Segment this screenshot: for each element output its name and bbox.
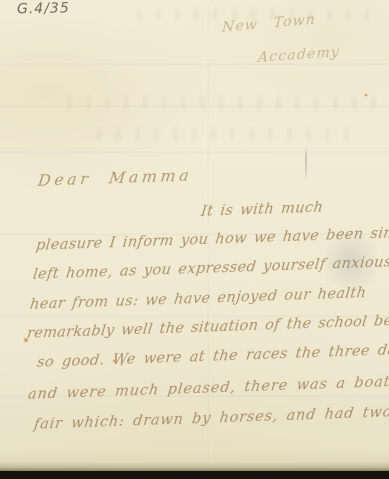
letter-scan: G.4/35 New Town Accademy Dear Mamma It i… bbox=[0, 0, 389, 479]
paper-edge-shadow bbox=[0, 462, 389, 471]
catalog-mark: G.4/35 bbox=[17, 1, 70, 18]
